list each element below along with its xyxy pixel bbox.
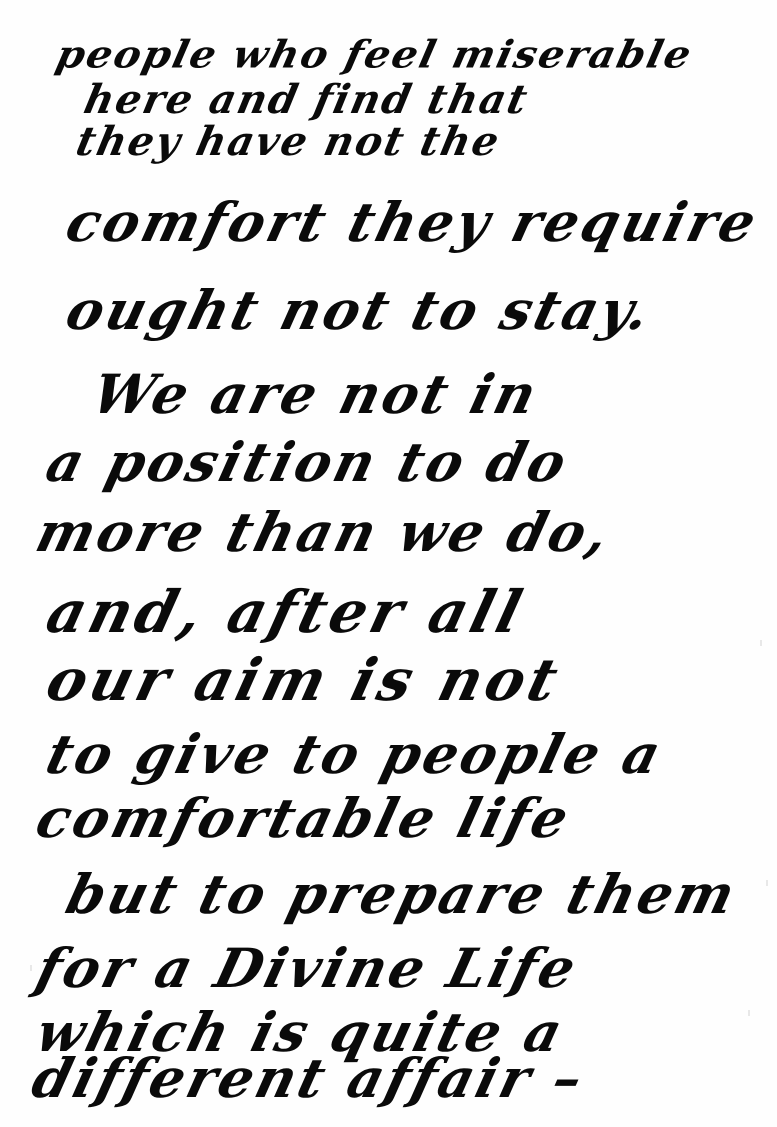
handwritten-line: but to prepare them [60, 862, 744, 926]
handwritten-line: and, after all [40, 578, 532, 646]
scan-speck [748, 1010, 750, 1016]
handwritten-line: comfort they require [60, 190, 765, 254]
handwritten-line: different affair – [26, 1046, 592, 1110]
scan-speck [30, 965, 32, 971]
handwritten-line: our aim is not [40, 646, 568, 714]
handwritten-line: for a Divine Life [30, 936, 585, 1000]
handwritten-line: to give to people a [40, 722, 670, 786]
handwritten-line: a position to do [40, 430, 576, 494]
handwritten-line: people who feel miserable [52, 32, 697, 77]
handwritten-line: more than we do, [30, 500, 618, 564]
scan-speck [766, 880, 768, 886]
handwritten-line: We are not in [86, 362, 546, 426]
handwritten-line: here and find that [80, 76, 533, 123]
handwritten-line: comfortable life [30, 786, 578, 850]
scan-speck [760, 640, 762, 646]
handwritten-page: people who feel miserable here and find … [0, 0, 777, 1127]
handwritten-line: ought not to stay. [60, 278, 659, 342]
handwritten-line: they have not the [72, 118, 505, 165]
